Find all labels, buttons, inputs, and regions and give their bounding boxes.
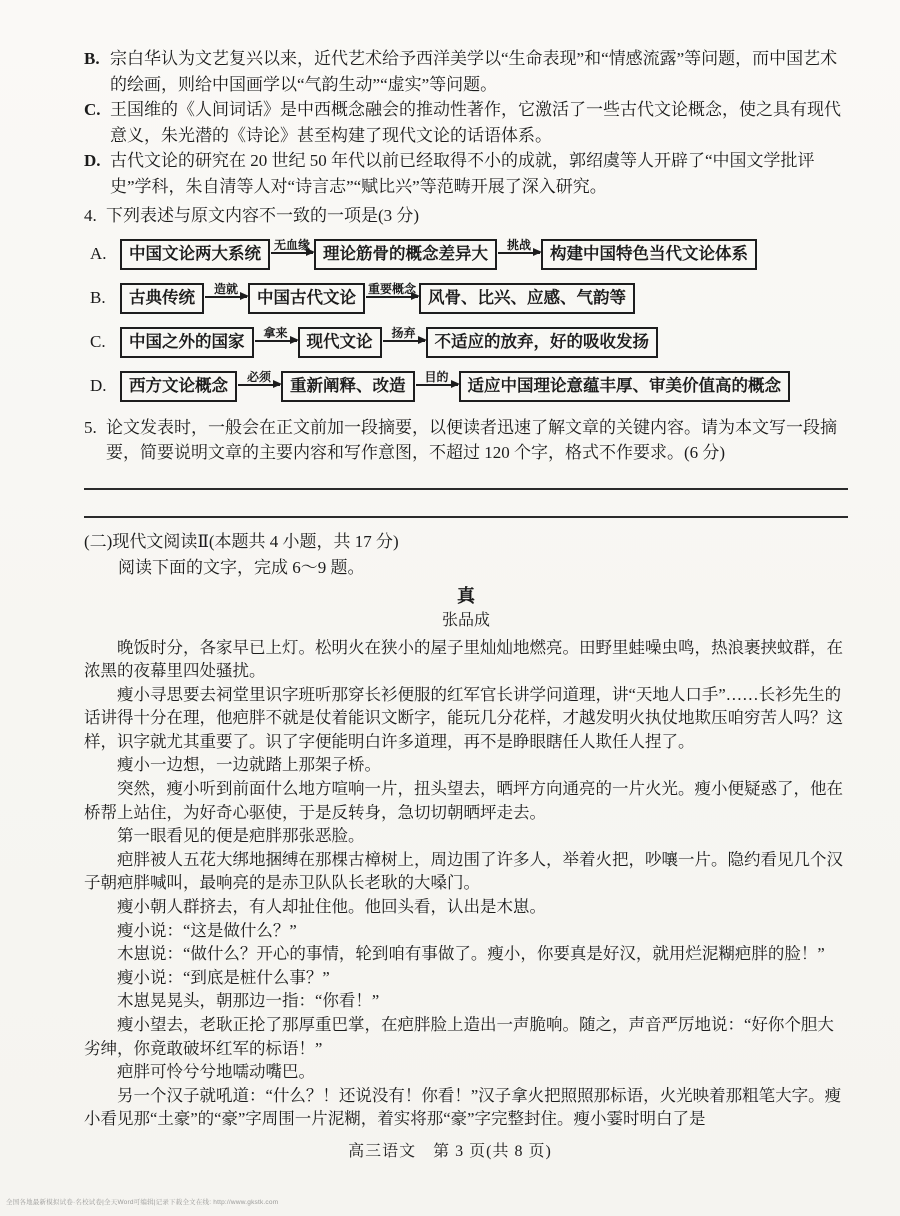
flow-box: 构建中国特色当代文论体系 [541,239,757,270]
answer-rule-line [84,516,848,518]
option-d-label: D. [84,148,110,199]
question-5-number: 5. [84,415,106,466]
arrow-label: 拿来 [261,327,289,340]
arrow-right-icon: 必须 [238,371,280,386]
essay-author: 张品成 [84,609,848,633]
flow-box: 中国古代文论 [248,283,365,314]
arrow-right-icon: 目的 [416,371,458,386]
arrow-shaft [255,340,297,342]
essay-paragraph: 第一眼看见的便是疤胖那张恶脸。 [84,824,848,848]
watermark-text: 全国各地最新模拟试卷·名校试卷|全天Word可编辑|记录下载全文在线: http… [6,1197,278,1206]
essay-paragraph: 瘦小寻思要去祠堂里识字班听那穿长衫便服的红军官长讲学问道理，讲“天地人口手”……… [84,683,848,754]
arrow-label: 目的 [422,371,450,384]
essay-paragraph: 木崽说：“做什么？开心的事情，轮到咱有事做了。瘦小，你要真是好汉，就用烂泥糊疤胖… [84,942,848,966]
essay-paragraph: 晚饭时分，各家早已上灯。松明火在狭小的屋子里灿灿地燃亮。田野里蛙噪虫鸣，热浪裹挟… [84,636,848,683]
arrow-shaft [271,252,313,254]
exam-paper-page: B. 宗白华认为文艺复兴以来，近代艺术给予西洋美学以“生命表现”和“情感流露”等… [0,0,900,1216]
option-b: B. 宗白华认为文艺复兴以来，近代艺术给予西洋美学以“生命表现”和“情感流露”等… [84,46,848,97]
essay-paragraph: 瘦小望去，老耿正抡了那厚重巴掌，在疤胖脸上造出一声脆响。随之，声音严厉地说：“好… [84,1013,848,1060]
flow-row-a-label: A. [88,244,120,264]
option-d-text: 古代文论的研究在 20 世纪 50 年代以前已经取得不小的成就，郭绍虞等人开辟了… [110,148,848,199]
arrow-shaft [498,252,540,254]
flow-box: 中国文论两大系统 [120,239,270,270]
essay-body: 晚饭时分，各家早已上灯。松明火在狭小的屋子里灿灿地燃亮。田野里蛙噪虫鸣，热浪裹挟… [84,636,848,1131]
arrow-right-icon: 拿来 [255,327,297,342]
essay-paragraph: 瘦小说：“这是做什么？” [84,919,848,943]
essay-title: 真 [84,583,848,609]
flow-box: 不适应的放弃，好的吸收发扬 [426,327,659,358]
arrow-shaft [366,296,418,298]
answer-rule-line [84,488,848,490]
essay-paragraph: 木崽晃晃头，朝那边一指：“你看！” [84,989,848,1013]
flow-box: 风骨、比兴、应感、气韵等 [419,283,635,314]
flow-box: 中国之外的国家 [120,327,254,358]
question-4-flowchart: A. 中国文论两大系统 无血缘 理论筋骨的概念差异大 挑战 构建中国特色当代文论… [88,239,848,402]
section-2-instruction: 阅读下面的文字，完成 6～9 题。 [84,555,848,581]
flow-box: 古典传统 [120,283,204,314]
question-4-stem: 4. 下列表述与原文内容不一致的一项是(3 分) [84,203,848,229]
flow-box: 西方文论概念 [120,371,237,402]
arrow-shaft [205,296,247,298]
question-4-number: 4. [84,203,106,229]
arrow-label: 扬弃 [389,327,417,340]
arrow-shaft [238,384,280,386]
essay-paragraph: 疤胖被人五花大绑地捆缚在那棵古樟树上，周边围了许多人，举着火把，吵嚷一片。隐约看… [84,848,848,895]
flow-box: 理论筋骨的概念差异大 [314,239,497,270]
question-5-text: 论文发表时，一般会在正文前加一段摘要，以便读者迅速了解文章的关键内容。请为本文写… [106,415,848,466]
flow-row-b-label: B. [88,288,120,308]
arrow-label: 必须 [245,371,273,384]
flow-box: 重新阐释、改造 [281,371,415,402]
flow-row-d-label: D. [88,376,120,396]
option-c-text: 王国维的《人间词话》是中西概念融会的推动性著作，它激活了一些古代文论概念，使之具… [110,97,848,148]
flow-box: 现代文论 [298,327,382,358]
section-2-header: (二)现代文阅读Ⅱ(本题共 4 小题，共 17 分) [84,529,848,555]
question-5-stem: 5. 论文发表时，一般会在正文前加一段摘要，以便读者迅速了解文章的关键内容。请为… [84,415,848,466]
arrow-shaft [383,340,425,342]
essay-paragraph: 另一个汉子就吼道：“什么？！还说没有！你看！”汉子拿火把照照那标语，火光映着那粗… [84,1084,848,1131]
essay-paragraph: 疤胖可怜兮兮地嚅动嘴巴。 [84,1060,848,1084]
arrow-label: 造就 [212,283,240,296]
option-c-label: C. [84,97,110,148]
option-c: C. 王国维的《人间词话》是中西概念融会的推动性著作，它激活了一些古代文论概念，… [84,97,848,148]
arrow-right-icon: 扬弃 [383,327,425,342]
arrow-shaft [416,384,458,386]
essay-paragraph: 瘦小说：“到底是桩什么事？” [84,966,848,990]
flow-box: 适应中国理论意蕴丰厚、审美价值高的概念 [459,371,791,402]
flow-row-c-label: C. [88,332,120,352]
flow-row-d: D. 西方文论概念 必须 重新阐释、改造 目的 适应中国理论意蕴丰厚、审美价值高… [88,371,848,402]
option-b-text: 宗白华认为文艺复兴以来，近代艺术给予西洋美学以“生命表现”和“情感流露”等问题，… [110,46,848,97]
page-content: B. 宗白华认为文艺复兴以来，近代艺术给予西洋美学以“生命表现”和“情感流露”等… [84,46,848,1131]
question-4-text: 下列表述与原文内容不一致的一项是(3 分) [106,203,848,229]
option-d: D. 古代文论的研究在 20 世纪 50 年代以前已经取得不小的成就，郭绍虞等人… [84,148,848,199]
arrow-label: 挑战 [505,239,533,252]
page-footer: 高三语文 第 3 页(共 8 页) [0,1138,900,1161]
flow-row-c: C. 中国之外的国家 拿来 现代文论 扬弃 不适应的放弃，好的吸收发扬 [88,327,848,358]
essay-paragraph: 瘦小朝人群挤去，有人却扯住他。他回头看，认出是木崽。 [84,895,848,919]
arrow-right-icon: 无血缘 [271,239,313,254]
essay-paragraph: 瘦小一边想，一边就踏上那架子桥。 [84,753,848,777]
arrow-right-icon: 挑战 [498,239,540,254]
flow-row-b: B. 古典传统 造就 中国古代文论 重要概念 风骨、比兴、应感、气韵等 [88,283,848,314]
option-b-label: B. [84,46,110,97]
arrow-right-icon: 造就 [205,283,247,298]
flow-row-a: A. 中国文论两大系统 无血缘 理论筋骨的概念差异大 挑战 构建中国特色当代文论… [88,239,848,270]
arrow-right-icon: 重要概念 [366,283,418,298]
essay-paragraph: 突然，瘦小听到前面什么地方喧响一片，扭头望去，晒坪方向通亮的一片火光。瘦小便疑惑… [84,777,848,824]
